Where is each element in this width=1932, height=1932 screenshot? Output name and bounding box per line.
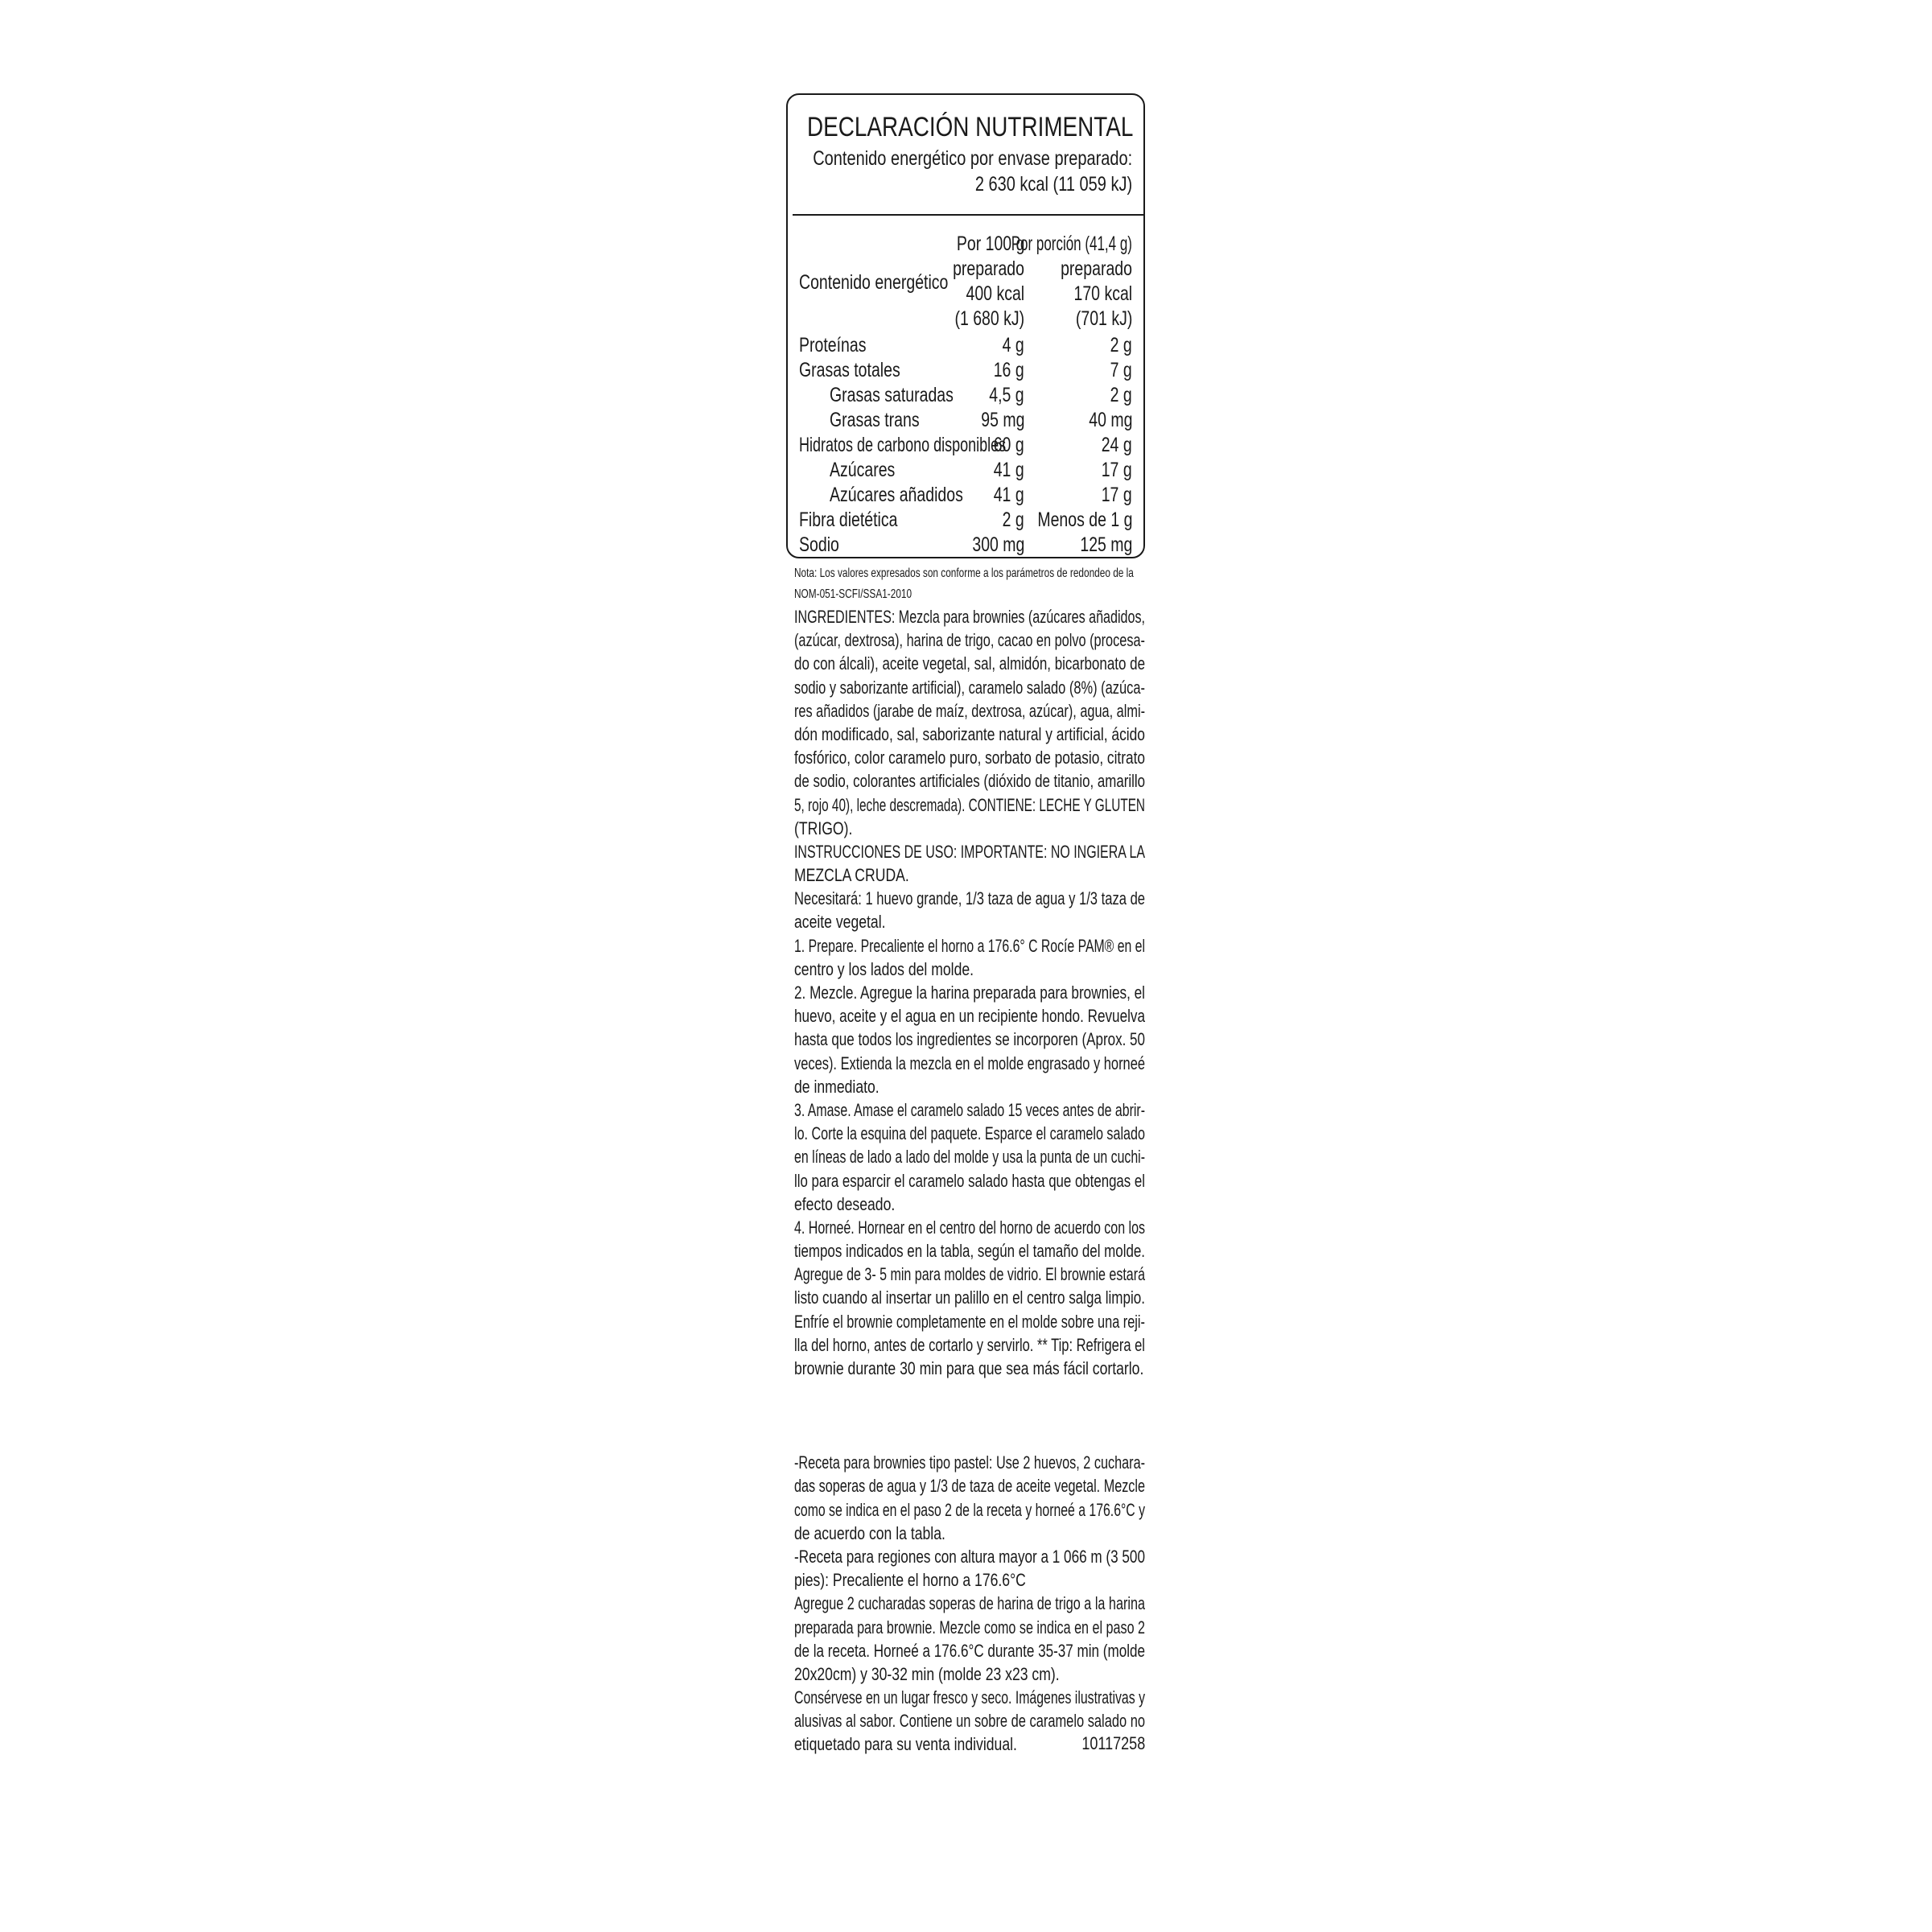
variants-paragraph: -Receta para brownies tipo pastel: Use 2… <box>794 1451 1145 1756</box>
portion-header-sub: preparado <box>1061 257 1132 282</box>
text-line: tiempos indicados en la tabla, según el … <box>794 1239 1145 1263</box>
text-line: -Receta para regiones con altura mayor a… <box>794 1545 1145 1568</box>
nutrient-row-azucares: Azúcares 41 g 17 g <box>788 458 1147 483</box>
nutrient-label: Grasas saturadas <box>830 383 954 408</box>
nutrient-portion: 24 g <box>1102 433 1132 458</box>
text-line: veces). Extienda la mezcla en el molde e… <box>794 1052 1145 1075</box>
text-line: alusivas al sabor. Contiene un sobre de … <box>794 1709 1145 1732</box>
text-line: (azúcar, dextrosa), harina de trigo, cac… <box>794 628 1145 652</box>
nutrient-per100: 2 g <box>1003 508 1024 533</box>
nutrient-per100: 4,5 g <box>990 383 1024 408</box>
text-line: res añadidos (jarabe de maíz, dextrosa, … <box>794 699 1145 723</box>
text-line: 3. Amase. Amase el caramelo salado 15 ve… <box>794 1098 1145 1122</box>
energy-portion-kcal: 170 kcal <box>1073 282 1132 307</box>
nutrient-row-hidratos: Hidratos de carbono disponibles 60 g 24 … <box>788 433 1147 458</box>
text-line: Nota: Los valores expresados son conform… <box>794 563 1134 584</box>
column-header-row-1: Por 100 g Por porción (41,4 g) <box>788 232 1147 257</box>
nutrient-portion: 2 g <box>1110 333 1132 358</box>
nutrient-row-fibra: Fibra dietética 2 g Menos de 1 g <box>788 508 1147 533</box>
nutrient-label: Sodio <box>799 533 839 558</box>
nutrient-portion: 40 mg <box>1089 408 1132 433</box>
nutrient-portion: 7 g <box>1110 358 1132 383</box>
text-line: (TRIGO). <box>794 817 852 840</box>
energy-row: Contenido energético 400 kcal 170 kcal <box>788 282 1147 307</box>
energy-per-package-label: Contenido energético por envase preparad… <box>813 146 1132 171</box>
text-line: 2. Mezcle. Agregue la harina preparada p… <box>794 981 1145 1004</box>
text-line: hasta que todos los ingredientes se inco… <box>794 1028 1145 1051</box>
text-line: MEZCLA CRUDA. <box>794 863 909 887</box>
text-line: INSTRUCCIONES DE USO: IMPORTANTE: NO ING… <box>794 840 1145 863</box>
text-line: huevo, aceite y el agua en un recipiente… <box>794 1004 1145 1028</box>
text-line: etiquetado para su venta individual. <box>794 1732 1017 1756</box>
nutrient-per100: 4 g <box>1003 333 1024 358</box>
rounding-note: Nota: Los valores expresados son conform… <box>794 563 1145 605</box>
nutrient-row-grasas-totales: Grasas totales 16 g 7 g <box>788 358 1147 383</box>
text-line: lla del horno, antes de cortarlo y servi… <box>794 1333 1145 1357</box>
nutrient-row-grasas-saturadas: Grasas saturadas 4,5 g 2 g <box>788 383 1147 408</box>
text-line: Agregue de 3- 5 min para moldes de vidri… <box>794 1263 1145 1286</box>
text-line: brownie durante 30 min para que sea más … <box>794 1357 1143 1380</box>
text-line: como se indica en el paso 2 de la receta… <box>794 1498 1145 1522</box>
text-line: preparada para brownie. Mezcle como se i… <box>794 1616 1145 1639</box>
text-line: 4. Horneé. Hornear en el centro del horn… <box>794 1216 1145 1239</box>
text-line: en líneas de lado a lado del molde y usa… <box>794 1145 1145 1168</box>
nutrient-portion: 17 g <box>1102 458 1132 483</box>
energy-per-package-value: 2 630 kcal (11 059 kJ) <box>975 172 1132 196</box>
text-line: de inmediato. <box>794 1075 879 1098</box>
text-line: Necesitará: 1 huevo grande, 1/3 taza de … <box>794 887 1145 910</box>
nutrient-portion: 2 g <box>1110 383 1132 408</box>
text-line: do con álcali), aceite vegetal, sal, alm… <box>794 652 1145 675</box>
text-line: aceite vegetal. <box>794 910 886 933</box>
section-gap <box>794 1380 1145 1451</box>
text-line: llo para esparcir el caramelo salado has… <box>794 1169 1145 1193</box>
portion-header: Por porción (41,4 g) <box>1011 232 1132 257</box>
text-line: de la receta. Horneé a 176.6°C durante 3… <box>794 1639 1145 1662</box>
text-line: INGREDIENTES: Mezcla para brownies (azúc… <box>794 605 1145 628</box>
nutrient-label: Fibra dietética <box>799 508 897 533</box>
nutrient-row-proteinas: Proteínas 4 g 2 g <box>788 333 1147 358</box>
nutrient-per100: 16 g <box>994 358 1024 383</box>
text-line: Agregue 2 cucharadas soperas de harina d… <box>794 1592 1145 1615</box>
nutrition-facts-box: DECLARACIÓN NUTRIMENTAL Contenido energé… <box>786 93 1145 558</box>
text-line: centro y los lados del molde. <box>794 958 974 981</box>
header-divider <box>793 214 1143 216</box>
text-line: -Receta para brownies tipo pastel: Use 2… <box>794 1451 1145 1474</box>
instructions-paragraph: INSTRUCCIONES DE USO: IMPORTANTE: NO ING… <box>794 840 1145 1380</box>
text-line: sodio y saborizante artificial), caramel… <box>794 676 1145 699</box>
nutrient-portion: 125 mg <box>1080 533 1132 558</box>
per100-header-sub: preparado <box>953 257 1024 282</box>
nutrient-per100: 300 mg <box>972 533 1024 558</box>
nutrient-row-sodio: Sodio 300 mg 125 mg <box>788 533 1147 558</box>
nutrient-per100: 60 g <box>994 433 1024 458</box>
product-code: 10117258 <box>1081 1732 1145 1755</box>
energy-portion-kj: (701 kJ) <box>1076 307 1132 332</box>
nutrient-portion: Menos de 1 g <box>1037 508 1132 533</box>
text-line: dón modificado, sal, saborizante natural… <box>794 723 1145 746</box>
energy-kj-row: (1 680 kJ) (701 kJ) <box>788 307 1147 332</box>
nutrient-per100: 41 g <box>994 458 1024 483</box>
nutrient-label: Grasas totales <box>799 358 900 383</box>
nutrient-row-grasas-trans: Grasas trans 95 mg 40 mg <box>788 408 1147 433</box>
text-line: 1. Prepare. Precaliente el horno a 176.6… <box>794 934 1145 958</box>
text-line: listo cuando al insertar un palillo en e… <box>794 1286 1145 1309</box>
nutrient-label: Azúcares añadidos <box>830 483 963 508</box>
text-line: pies): Precaliente el horno a 176.6°C <box>794 1568 1026 1592</box>
energy-per100-kj: (1 680 kJ) <box>954 307 1024 332</box>
text-line: 5, rojo 40), leche descremada). CONTIENE… <box>794 793 1145 817</box>
text-line: Consérvese en un lugar fresco y seco. Im… <box>794 1686 1145 1709</box>
nutrient-portion: 17 g <box>1102 483 1132 508</box>
text-line: efecto deseado. <box>794 1193 895 1216</box>
nutrient-label: Azúcares <box>830 458 895 483</box>
ingredients-paragraph: INGREDIENTES: Mezcla para brownies (azúc… <box>794 605 1145 840</box>
label-text-column: Nota: Los valores expresados son conform… <box>794 563 1145 1757</box>
nutrient-label: Proteínas <box>799 333 866 358</box>
text-line: 20x20cm) y 30-32 min (molde 23 x23 cm). <box>794 1662 1060 1686</box>
text-line: de acuerdo con la tabla. <box>794 1522 945 1545</box>
text-line: das soperas de agua y 1/3 de taza de ace… <box>794 1474 1145 1497</box>
nutrient-row-azucares-anadidos: Azúcares añadidos 41 g 17 g <box>788 483 1147 508</box>
text-line: fosfórico, color caramelo puro, sorbato … <box>794 746 1145 769</box>
energy-per100-kcal: 400 kcal <box>966 282 1024 307</box>
text-line: NOM-051-SCFI/SSA1-2010 <box>794 584 912 605</box>
text-line: Enfríe el brownie completamente en el mo… <box>794 1310 1145 1333</box>
text-line: de sodio, colorantes artificiales (dióxi… <box>794 769 1145 793</box>
nutrient-per100: 41 g <box>994 483 1024 508</box>
nutrition-title: DECLARACIÓN NUTRIMENTAL <box>807 111 1133 143</box>
energy-label: Contenido energético <box>799 270 948 295</box>
nutrient-label: Grasas trans <box>830 408 920 433</box>
nutrient-label: Hidratos de carbono disponibles <box>799 433 1006 458</box>
text-line: lo. Corte la esquina del paquete. Esparc… <box>794 1122 1145 1145</box>
nutrient-per100: 95 mg <box>981 408 1024 433</box>
